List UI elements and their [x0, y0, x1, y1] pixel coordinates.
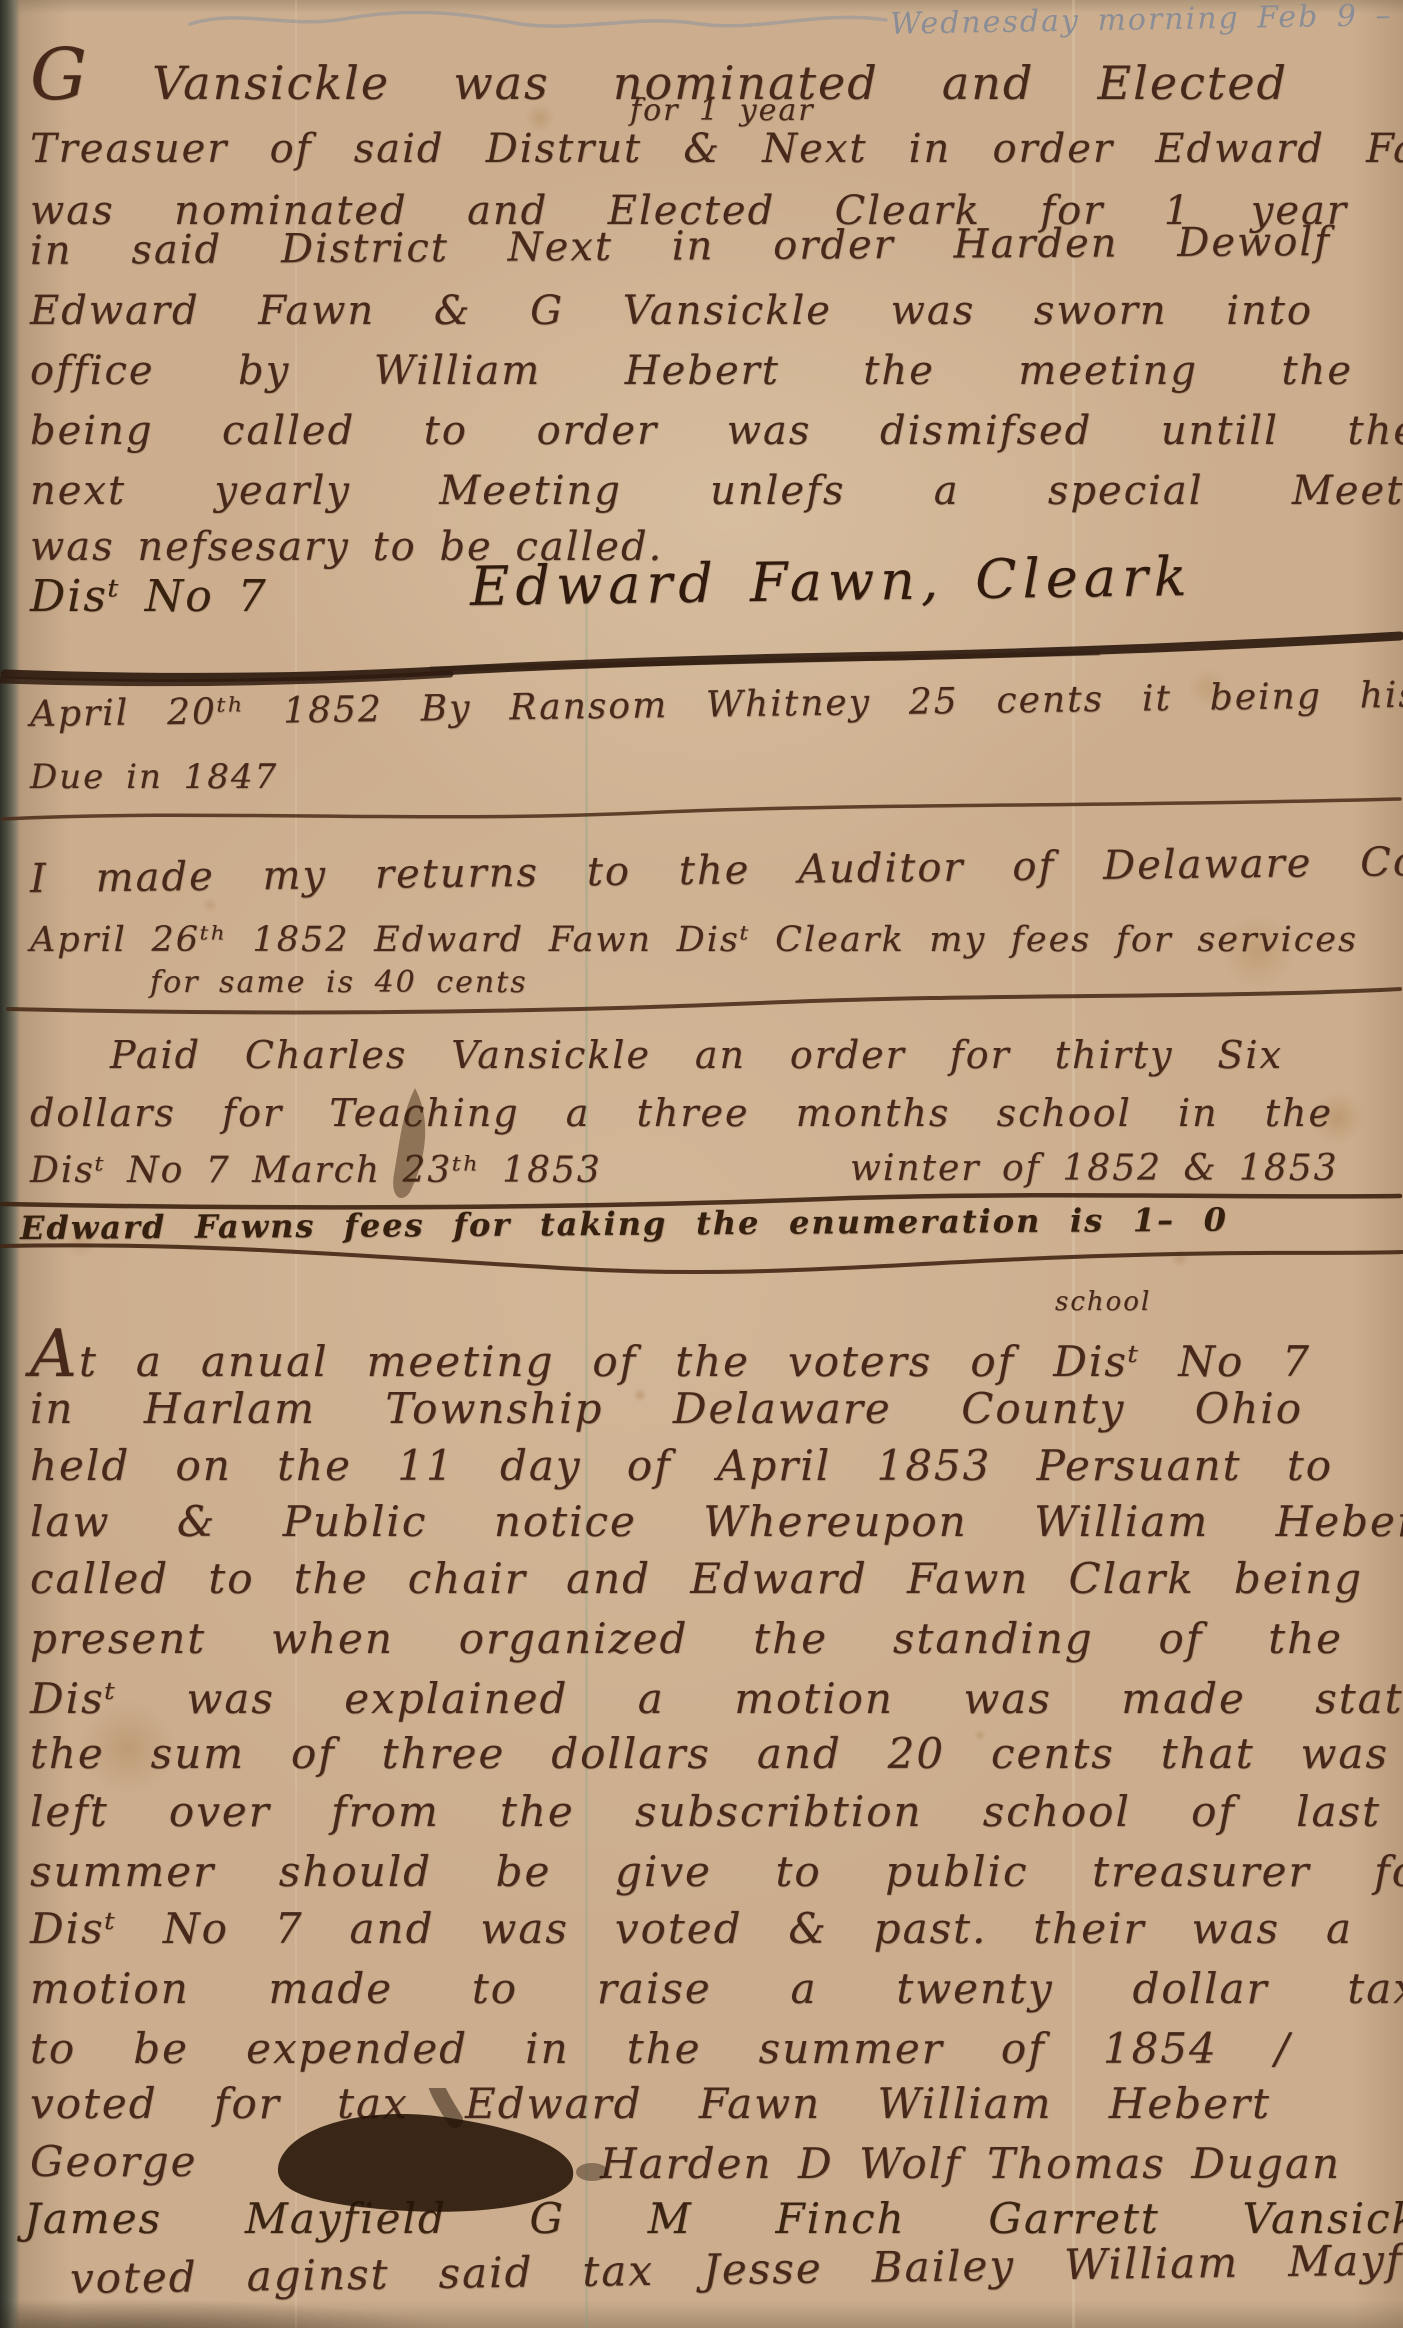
entry2-line2: Due in 1847 — [30, 758, 278, 797]
entry6-line2: in Harlam Township Delaware County Ohio — [30, 1385, 1303, 1433]
entry1-line4: in said District Next in order Harden De… — [30, 219, 1331, 274]
manuscript-page: Wednesday morning Feb 9 – 98 G Vansickle… — [0, 0, 1403, 2328]
entry6-line16: James Mayfield G M Finch Garrett Vansick — [24, 2195, 1403, 2243]
entry6-line15-left: George — [30, 2138, 198, 2186]
entry6-line5: called to the chair and Edward Fawn Clar… — [30, 1555, 1363, 1603]
entry6-line17: voted aginst said tax Jesse Bailey Willi… — [70, 2236, 1403, 2303]
entry6-line15-right: Harden D Wolf Thomas Dugan — [600, 2140, 1341, 2188]
entry6-line9: left over from the subscribtion school o… — [30, 1788, 1381, 1836]
ink-divider-line — [0, 1236, 1403, 1286]
entry6-line14: voted for tax Edward Fawn William Hebert — [30, 2080, 1271, 2128]
entry1-line5: Edward Fawn & G Vansickle was sworn into — [30, 288, 1313, 334]
ink-divider-line — [0, 975, 1403, 1021]
entry4-line3-right: winter of 1852 & 1853 — [850, 1148, 1339, 1189]
entry6-line12: motion made to raise a twenty dollar tax — [30, 1965, 1403, 2013]
binding-edge — [0, 0, 20, 2328]
entry6-superscript-school: school — [1055, 1288, 1151, 1318]
entry3-line2: April 26ᵗʰ 1852 Edward Fawn Disᵗ Cleark … — [30, 920, 1358, 960]
entry6-line4: law & Public notice Whereupon William He… — [30, 1498, 1403, 1546]
entry1-district-label: Disᵗ No 7 — [30, 572, 268, 623]
entry6-line1: At a anual meeting of the voters of Disᵗ… — [30, 1318, 1311, 1393]
entry4-line2: dollars for Teaching a three months scho… — [30, 1092, 1333, 1136]
entry1-line2: Treasuer of said Distrut & Next in order… — [30, 126, 1403, 172]
entry6-line10: summer should be give to public treasure… — [30, 1848, 1403, 1896]
entry1-line6: office by William Hebert the meeting the — [30, 348, 1353, 394]
insertion-for-1-year: for 1 year — [630, 94, 815, 129]
entry6-line6: present when organized the standing of t… — [30, 1615, 1343, 1663]
entry4-line1: Paid Charles Vansickle an order for thir… — [110, 1034, 1283, 1078]
entry6-line8: the sum of three dollars and 20 cents th… — [30, 1730, 1389, 1778]
entry3-line1: I made my returns to the Auditor of Dela… — [30, 839, 1403, 902]
ink-divider-line — [0, 793, 1403, 835]
entry6-line13: to be expended in the summer of 1854 / — [30, 2025, 1291, 2073]
entry1-signature: Edward Fawn, Cleark — [470, 546, 1193, 618]
entry1-line7: being called to order was dismifsed unti… — [30, 408, 1403, 454]
entry6-line11: Disᵗ No 7 and was voted & past. their wa… — [30, 1905, 1353, 1953]
entry6-line7: Disᵗ was explained a motion was made sta… — [30, 1675, 1403, 1723]
ink-blot — [240, 2088, 630, 2223]
entry1-line8: next yearly Meeting unlefs a special Mee… — [30, 468, 1403, 514]
entry6-line3: held on the 11 day of April 1853 Persuan… — [30, 1442, 1333, 1490]
